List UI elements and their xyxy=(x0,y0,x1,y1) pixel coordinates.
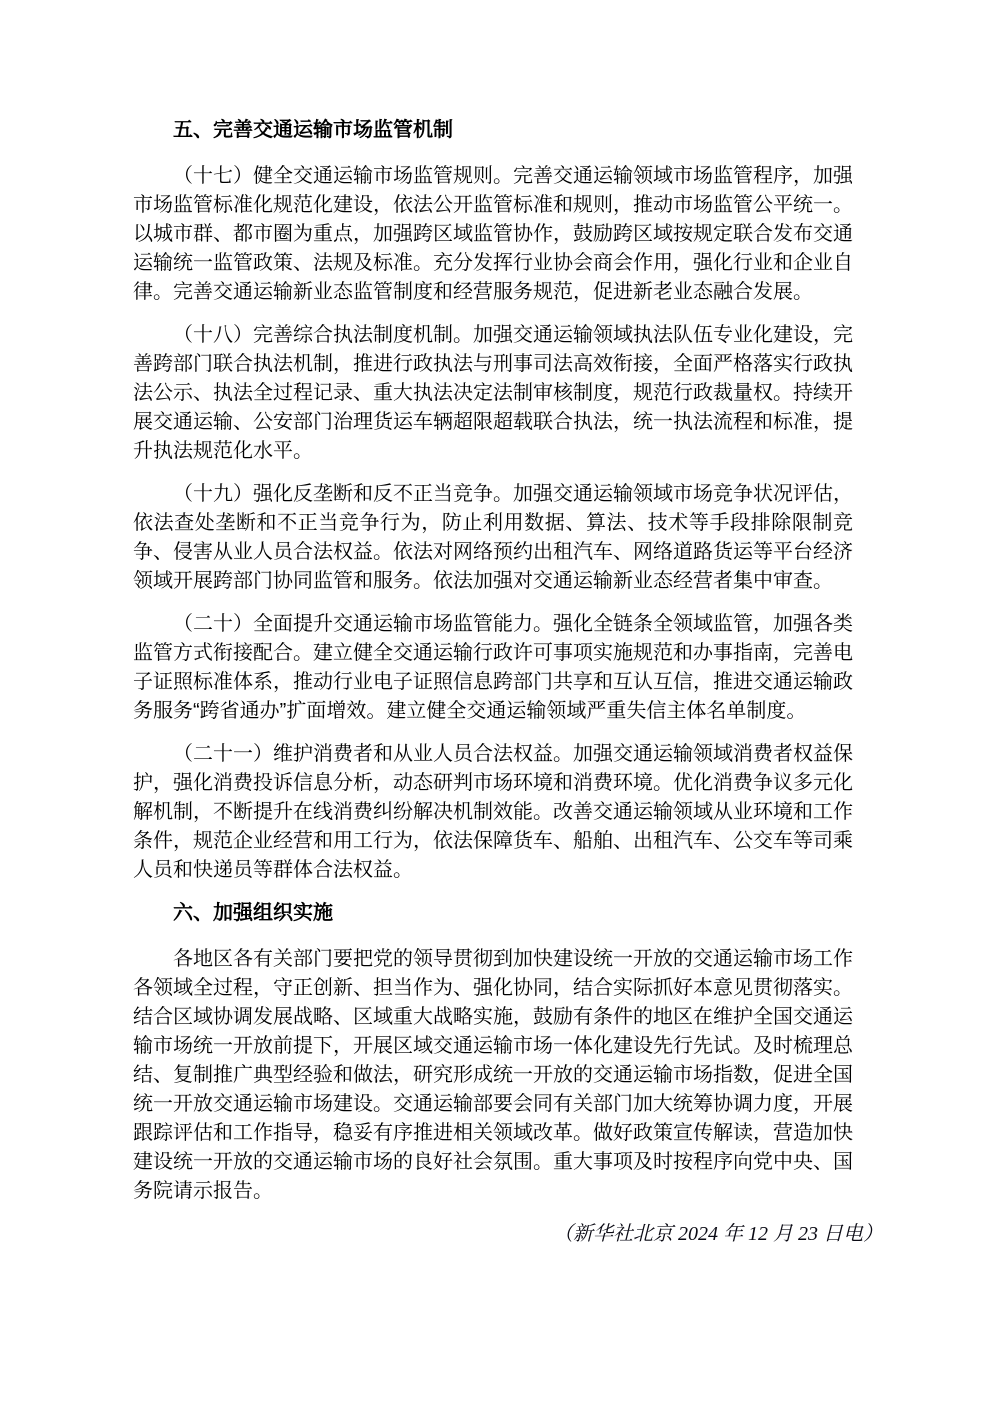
paragraph-21: （二十一）维护消费者和从业人员合法权益。加强交通运输领域消费者权益保护，强化消费… xyxy=(133,740,853,885)
paragraph-17: （十七）健全交通运输市场监管规则。完善交通运输领域市场监管程序，加强市场监管标准… xyxy=(133,162,853,307)
paragraph-closing: 各地区各有关部门要把党的领导贯彻到加快建设统一开放的交通运输市场工作各领域全过程… xyxy=(133,945,853,1206)
section-heading-6: 六、加强组织实施 xyxy=(133,899,853,928)
news-agency-credit: （新华社北京 2024 年 12 月 23 日电） xyxy=(133,1220,883,1249)
paragraph-20: （二十）全面提升交通运输市场监管能力。强化全链条全领域监管，加强各类监管方式衔接… xyxy=(133,610,853,726)
paragraph-18: （十八）完善综合执法制度机制。加强交通运输领域执法队伍专业化建设，完善跨部门联合… xyxy=(133,321,853,466)
paragraph-19: （十九）强化反垄断和反不正当竞争。加强交通运输领域市场竞争状况评估，依法查处垄断… xyxy=(133,480,853,596)
section-heading-5: 五、完善交通运输市场监管机制 xyxy=(133,116,853,145)
document-page: 五、完善交通运输市场监管机制 （十七）健全交通运输市场监管规则。完善交通运输领域… xyxy=(0,0,991,1403)
